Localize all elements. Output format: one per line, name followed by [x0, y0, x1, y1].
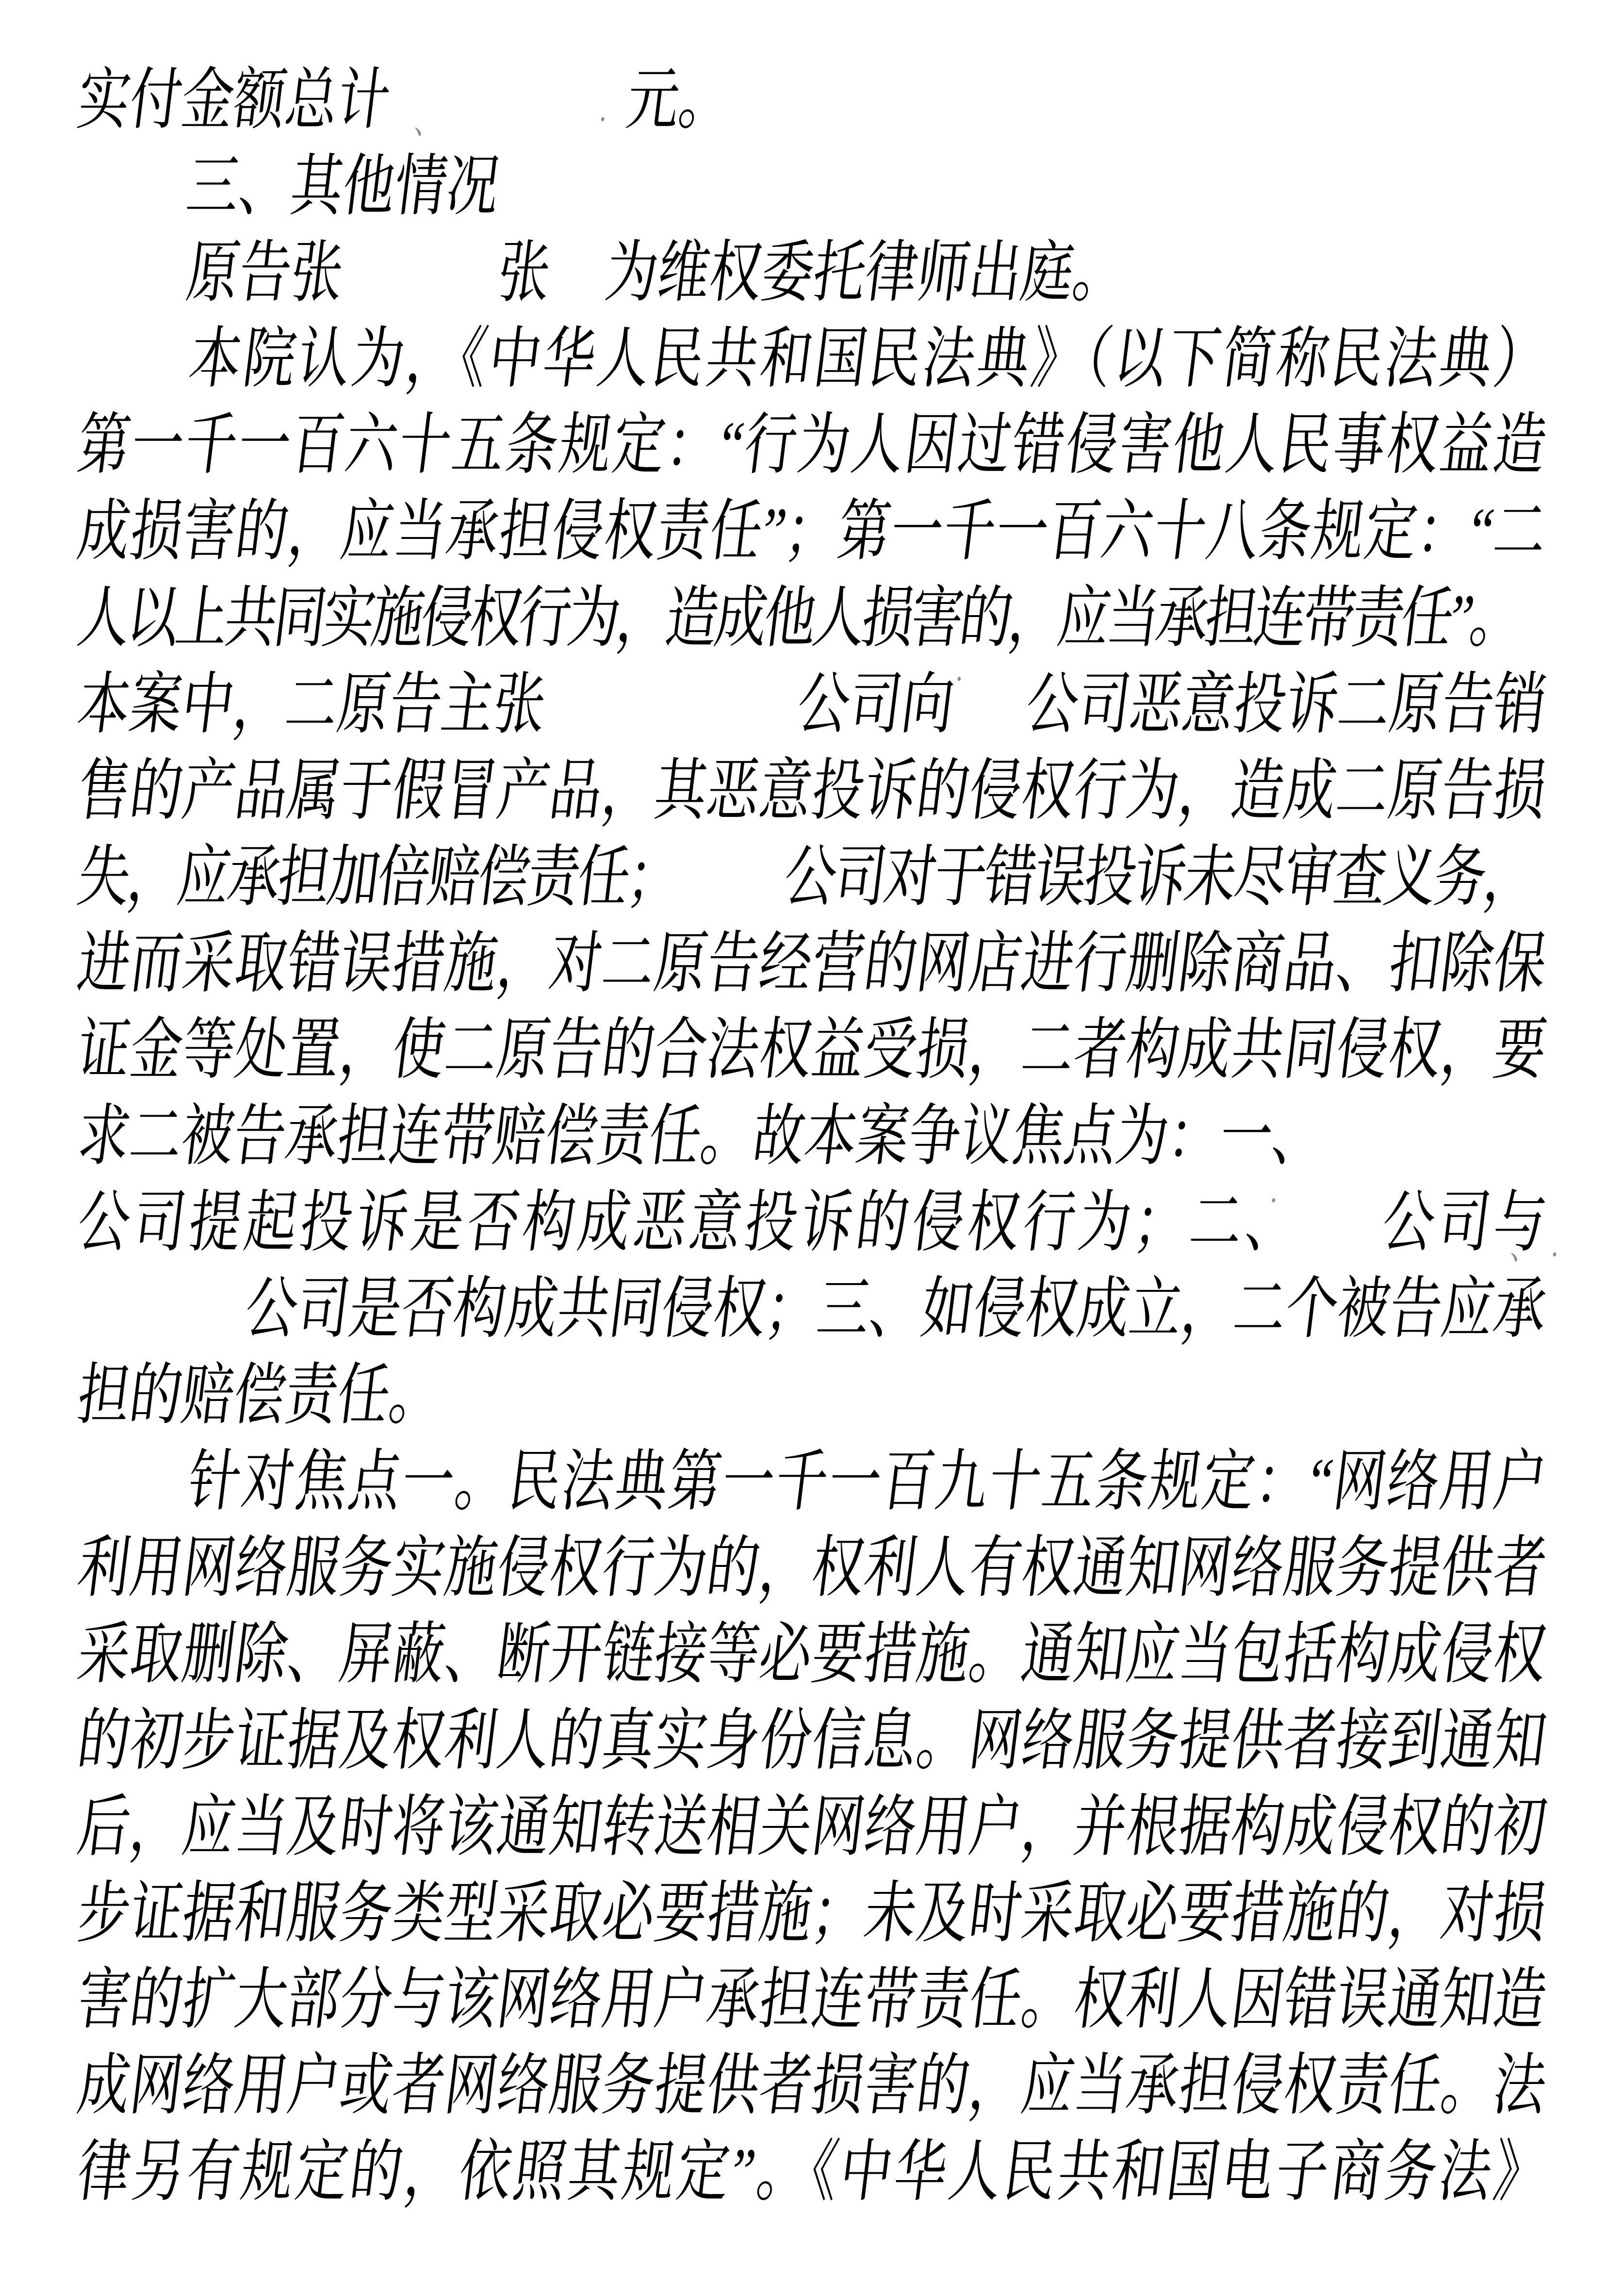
- redacted-blank: [543, 726, 795, 727]
- line-text: 成网络用户或者网络服务提供者损害的，应当承担侵权责任。法: [74, 2049, 1551, 2123]
- paragraph-indent: [75, 381, 184, 381]
- line-text: 张: [494, 236, 555, 310]
- line-text: 进而采取错误措施，对二原告经营的网店进行删除商品、扣除保: [74, 927, 1551, 1001]
- redaction-artifact: ·: [952, 661, 966, 696]
- line-text: 为维权委托律师出庭。: [602, 236, 1130, 310]
- line-text: 求二被告承担连带赔偿责任。故本案争议焦点为：一、: [74, 1099, 1329, 1173]
- redacted-blank: [340, 294, 495, 295]
- scanned-judgment-page: 实付金额总计元。 、 . 三、其他情况 原告张张为维权委托律师出庭。 本院认为，…: [0, 0, 1624, 2296]
- line-text: 后，应当及时将该通知转送相关网络用户，并根据构成侵权的初: [74, 1790, 1551, 1864]
- line-text: 实付金额总计: [74, 63, 394, 137]
- text-line: 律另有规定的，依照其规定”。《中华人民共和国电子商务法》: [71, 2117, 1553, 2229]
- line-text: 成损害的，应当承担侵权责任”；第一千一百六十八条规定：“二: [74, 495, 1551, 569]
- redaction-artifact: .: [599, 92, 609, 126]
- paragraph-indent: [75, 1503, 184, 1504]
- line-text: 公司是否构成共同侵权；三、如侵权成立，二个被告应承: [241, 1272, 1551, 1346]
- line-text: 本案中，二原告主张: [74, 668, 550, 742]
- line-text: 针对焦点一。民法典第一千一百九十五条规定：“网络用户: [183, 1445, 1551, 1519]
- line-text: 公司恶意投诉二原告销: [1022, 668, 1550, 742]
- line-text: 害的扩大部分与该网络用户承担连带责任。权利人因错误通知造: [74, 1963, 1551, 2037]
- judgment-text-block: 实付金额总计元。 、 . 三、其他情况 原告张张为维权委托律师出庭。 本院认为，…: [78, 57, 1546, 2216]
- line-text: 公司提起投诉是否构成恶意投诉的侵权行为；二、: [74, 1186, 1306, 1260]
- line-text: 的初步证据及权利人的真实身份信息。网络服务提供者接到通知: [74, 1704, 1551, 1778]
- line-text: 公司对于错误投诉未尽审查义务，: [780, 840, 1539, 914]
- line-text: 律另有规定的，依照其规定”。《中华人民共和国电子商务法》: [74, 2135, 1551, 2210]
- line-text: 失，应承担加倍赔偿责任；: [74, 840, 683, 914]
- redacted-blank: [75, 1331, 243, 1331]
- redacted-blank: [675, 899, 782, 899]
- line-text: 售的产品属于假冒产品，其恶意投诉的侵权行为，造成二原告损: [74, 754, 1551, 828]
- redacted-blank: [547, 294, 603, 295]
- line-text: 人以上共同实施侵权行为，造成他人损害的，应当承担连带责任”。: [74, 581, 1524, 655]
- line-text: 第一千一百六十五条规定：“行为人因过错侵害他人民事权益造: [74, 408, 1551, 483]
- paragraph-indent: [75, 294, 184, 295]
- line-text: 采取删除、屏蔽、断开链接等必要措施。通知应当包括构成侵权: [74, 1617, 1551, 1692]
- line-text: 本院认为，《中华人民共和国民法典》（以下简称民法典）: [183, 322, 1551, 396]
- redacted-blank: [1299, 1244, 1377, 1245]
- line-text: 证金等处置，使二原告的合法权益受损，二者构成共同侵权，要: [74, 1013, 1551, 1087]
- redacted-blank: [951, 726, 1024, 727]
- paragraph-indent: [75, 208, 184, 209]
- line-text: 利用网络服务实施侵权行为的，权利人有权通知网络服务提供者: [74, 1531, 1551, 1605]
- line-text: 原告张: [183, 236, 348, 310]
- line-text: 步证据和服务类型采取必要措施；未及时采取必要措施的，对损: [74, 1876, 1551, 1951]
- line-text: 公司向: [793, 668, 958, 742]
- line-text: 担的赔偿责任。: [74, 1358, 446, 1433]
- line-text: 元。: [623, 63, 736, 137]
- line-text: 三、其他情况: [183, 149, 504, 224]
